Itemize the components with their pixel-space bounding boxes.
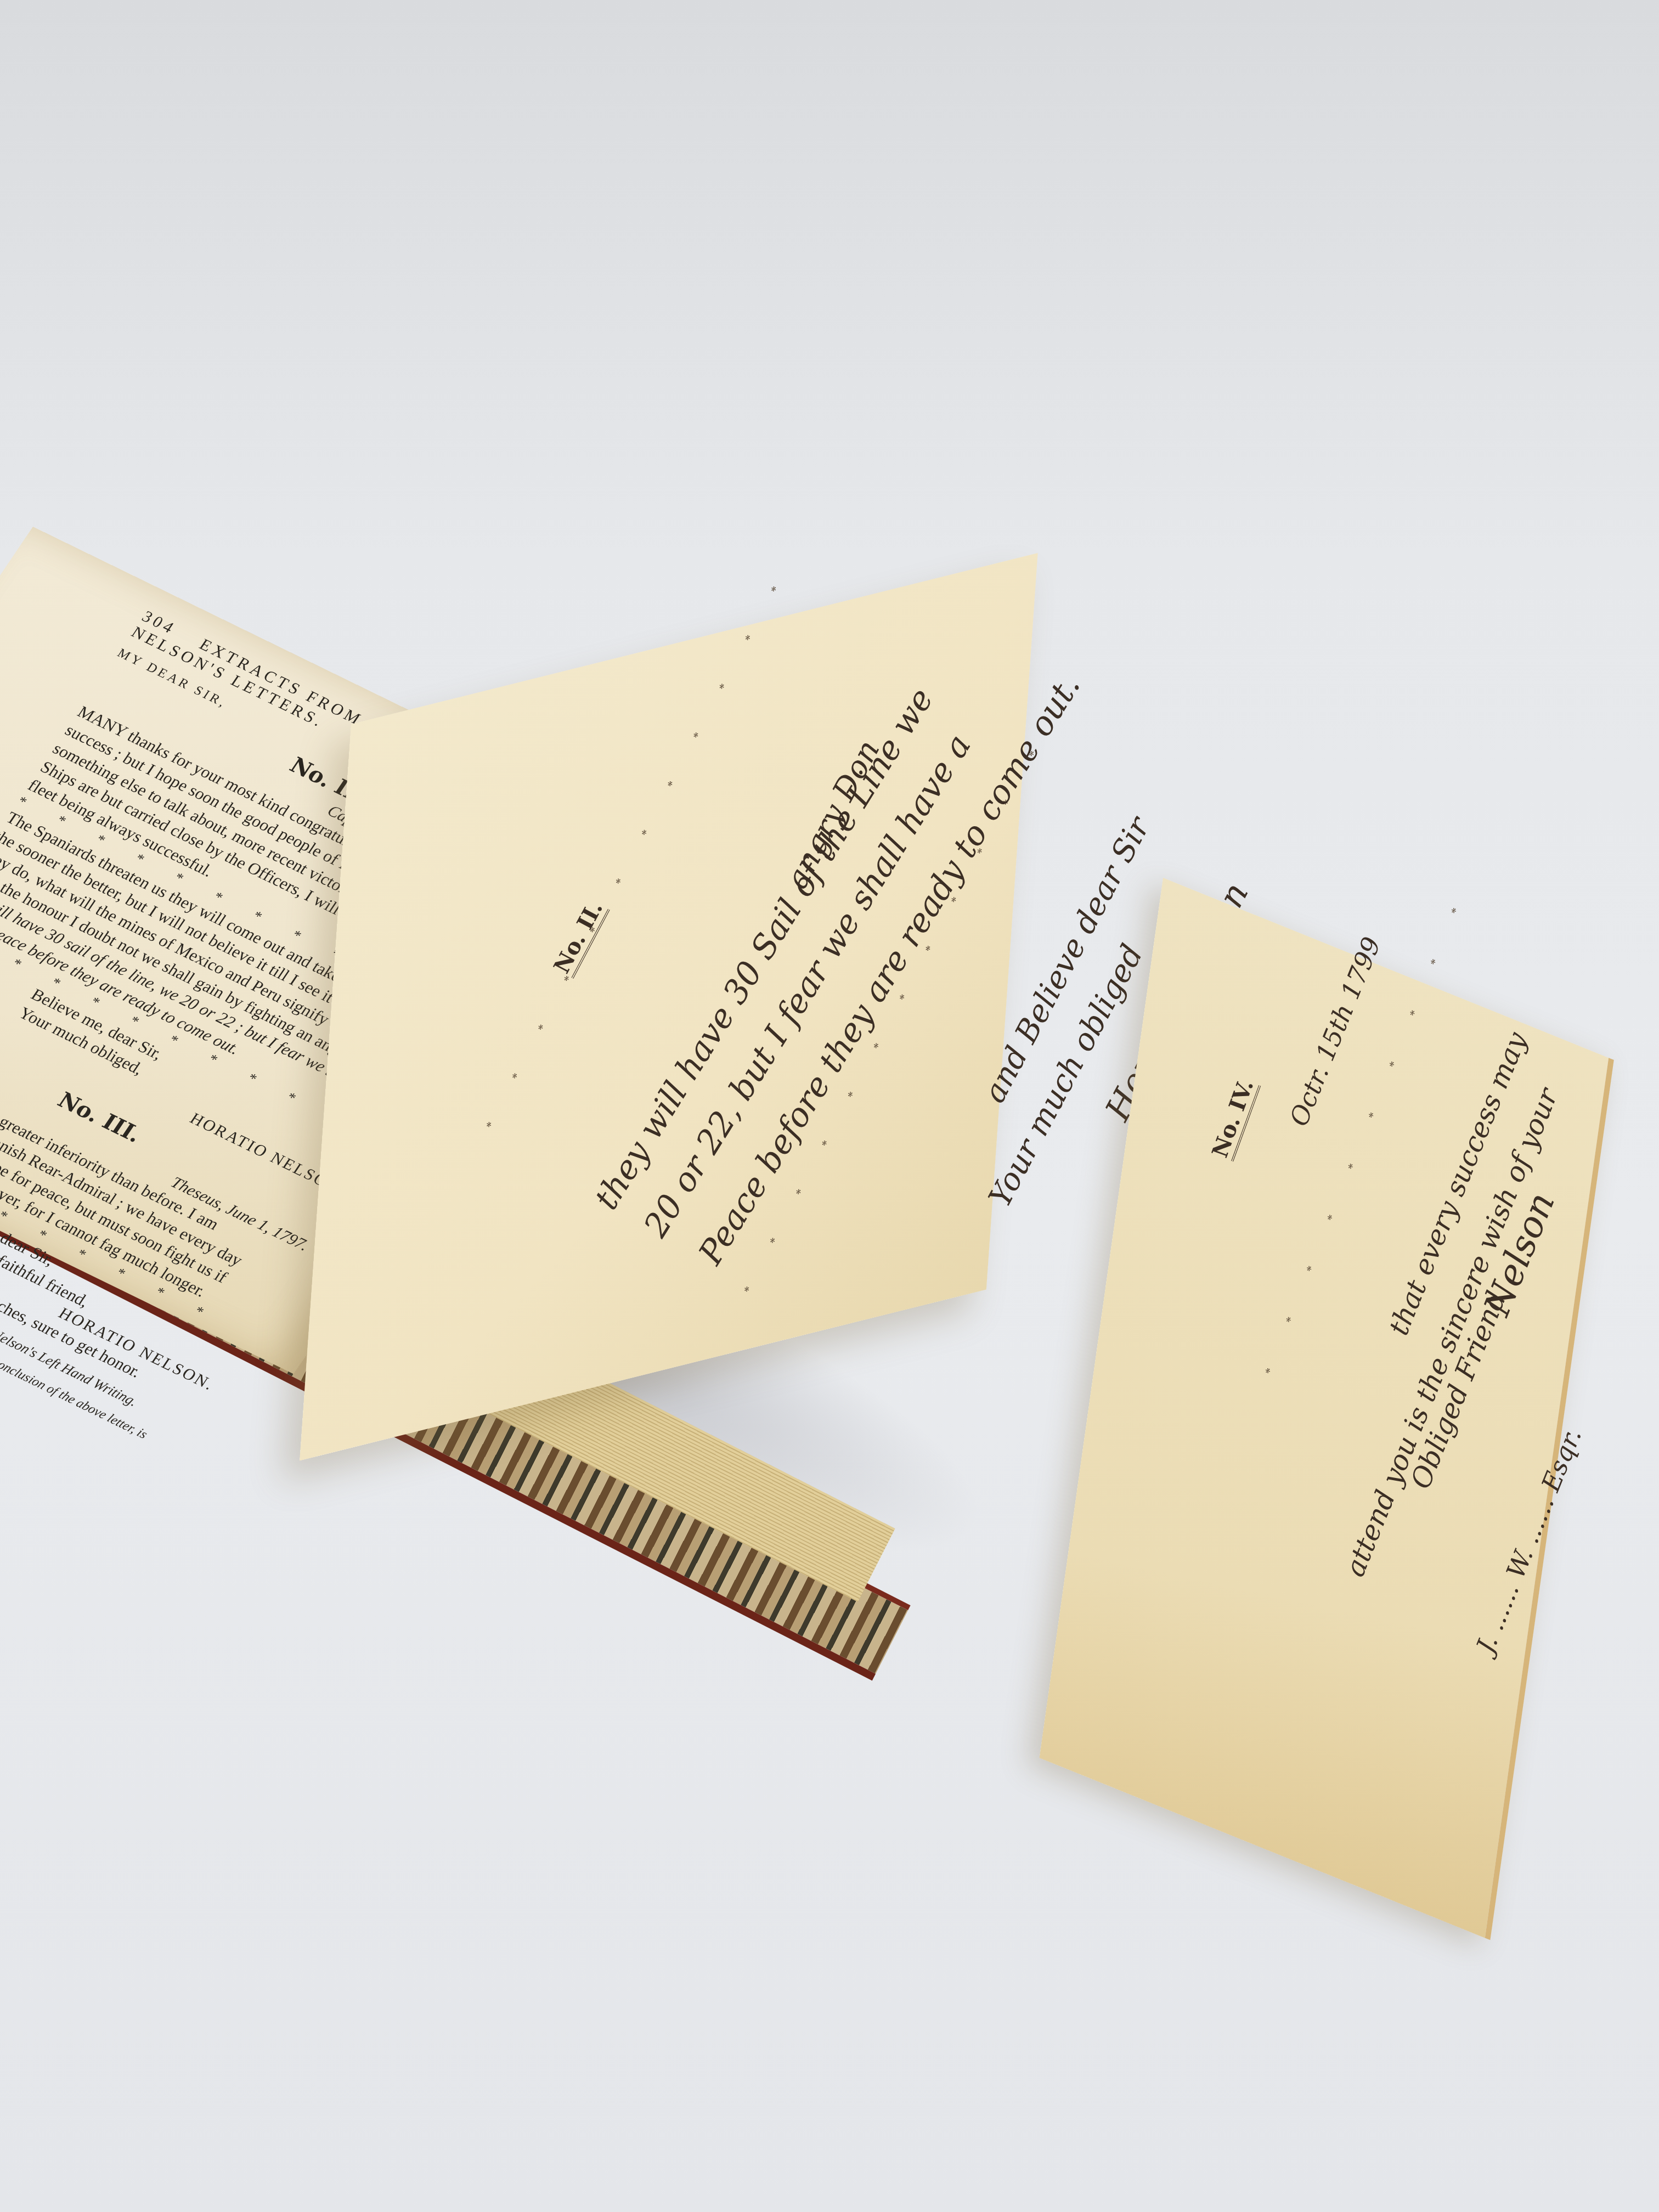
facsimile-page-no-2 [300,553,1038,1461]
